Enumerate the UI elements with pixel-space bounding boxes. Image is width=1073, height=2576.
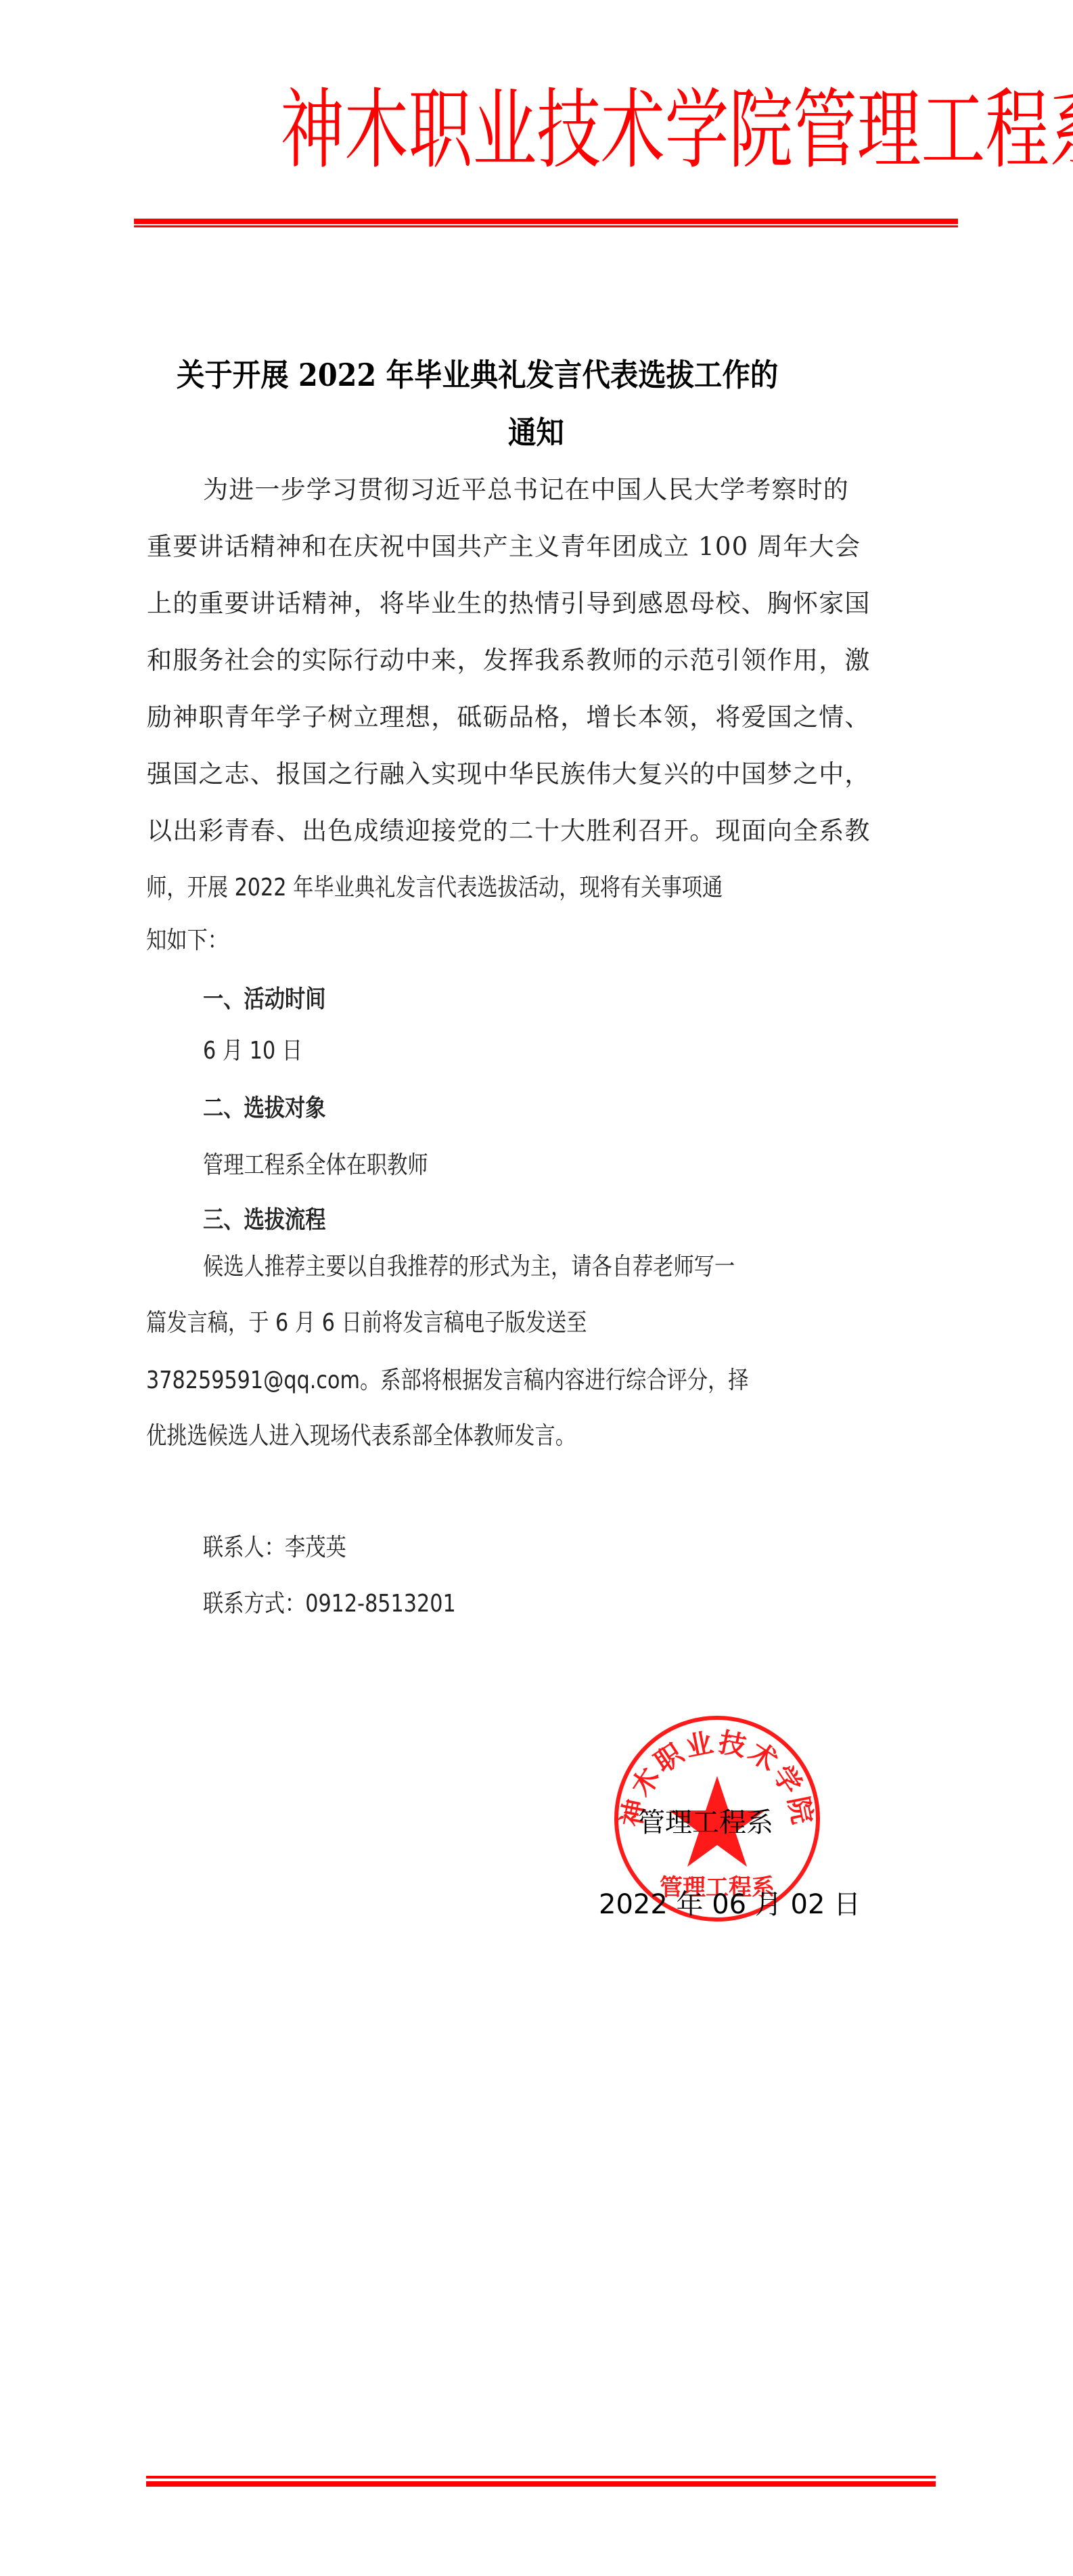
paragraph-line: 重要讲话精神和在庆祝中国共产主义青年团成立 100 周年大会 bbox=[147, 532, 861, 562]
section-content-time: 6 月 10 日 bbox=[203, 1036, 321, 1066]
section-content-process: 篇发言稿，于 6 月 6 日前将发言稿电子版发送至 bbox=[146, 1308, 671, 1338]
paragraph-line: 知如下： bbox=[146, 926, 244, 956]
bottom-rule-thin bbox=[146, 2476, 936, 2479]
paragraph-line: 为进一步学习贯彻习近平总书记在中国人民大学考察时的 bbox=[203, 475, 849, 505]
contact-person: 联系人：李茂英 bbox=[203, 1533, 373, 1563]
bottom-rule-thick bbox=[146, 2481, 936, 2487]
top-rule-thick bbox=[134, 219, 958, 224]
document-title-line2: 通知 bbox=[508, 414, 570, 451]
section-heading-target: 二、选拔对象 bbox=[203, 1094, 349, 1124]
email-line: 378259591@qq.com。系部将根据发言稿内容进行综合评分，择 bbox=[146, 1366, 863, 1396]
section-heading-process: 三、选拔流程 bbox=[203, 1205, 349, 1235]
signature-department: 管理工程系 bbox=[638, 1806, 773, 1839]
contact-phone: 联系方式：0912-8513201 bbox=[203, 1589, 504, 1619]
masthead-text: 神木职业技术学院管理工程系 bbox=[280, 80, 1073, 181]
section-content-process: 优挑选候选人进入现场代表系部全体教师发言。 bbox=[146, 1421, 658, 1451]
document-title-line1: 关于开展 2022 年毕业典礼发言代表选拔工作的 bbox=[177, 356, 845, 394]
paragraph-line: 强国之志、报国之行融入实现中华民族伟大复兴的中国梦之中， bbox=[147, 759, 871, 789]
paragraph-line: 师，开展 2022 年毕业典礼发言代表选拔活动，现将有关事项通 bbox=[146, 873, 833, 903]
paragraph-line: 和服务社会的实际行动中来，发挥我系教师的示范引领作用，激 bbox=[147, 646, 871, 675]
section-content-target: 管理工程系全体在职教师 bbox=[203, 1151, 471, 1180]
paragraph-line: 上的重要讲话精神，将毕业生的热情引导到感恩母校、胸怀家国 bbox=[147, 589, 871, 619]
signature-date: 2022 年 06 月 02 日 bbox=[599, 1888, 861, 1921]
section-content-process: 候选人推荐主要以自我推荐的形式为主，请各自荐老师写一 bbox=[203, 1252, 836, 1282]
masthead-title: 神木职业技术学院管理工程系 bbox=[134, 80, 958, 181]
top-rule-thin bbox=[134, 225, 958, 227]
paragraph-line: 励神职青年学子树立理想，砥砺品格，增长本领，将爱国之情、 bbox=[147, 703, 871, 732]
section-heading-time: 一、活动时间 bbox=[203, 985, 349, 1015]
paragraph-line: 以出彩青春、出色成绩迎接党的二十大胜利召开。现面向全系教 bbox=[147, 816, 871, 846]
